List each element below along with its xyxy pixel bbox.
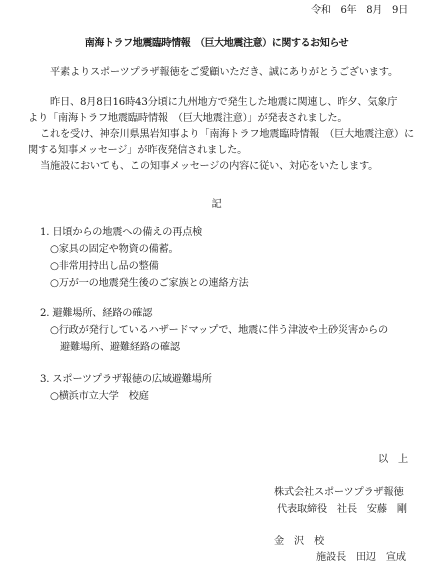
ki-heading: 記 <box>0 198 433 212</box>
list-item: ○行政が発行しているハザードマップで、地震に伴う津波や土砂災害からの <box>50 324 388 338</box>
signature-representative: 代表取締役 社長 安藤 剛 <box>277 503 407 517</box>
list-item: 避難場所、避難経路の確認 <box>60 341 180 355</box>
document-title: 南海トラフ地震臨時情報 （巨大地震注意）に関するお知らせ <box>0 37 433 51</box>
paragraph-line: より「南海トラフ地震臨時情報 （巨大地震注意）」が発表されました。 <box>28 112 347 126</box>
list-item: ○非常用持出し品の整備 <box>50 260 159 274</box>
signature-company: 株式会社スポーツプラザ報徳 <box>274 486 403 500</box>
section-heading: 1. 日頃からの地震への備えの再点検 <box>40 226 202 240</box>
paragraph-line: 当施設においても、この知事メッセージの内容に従い、対応をいたします。 <box>40 160 378 174</box>
signature-branch: 金 沢 校 <box>274 535 324 549</box>
paragraph-line: 昨日、8月8日16時43分頃に九州地方で発生した地震に関連し、昨夕、気象庁 <box>50 96 397 110</box>
paragraph-line: これを受け、神奈川県黒岩知事より「南海トラフ地震臨時情報 （巨大地震注意）に <box>40 128 414 142</box>
section-heading: 2. 避難場所、経路の確認 <box>40 307 152 321</box>
signature-manager: 施設長 田辺 宣成 <box>316 551 406 565</box>
list-item: ○横浜市立大学 校庭 <box>50 390 149 404</box>
document-date: 令和 6年 8月 9日 <box>311 4 408 18</box>
closing-text: 以 上 <box>378 453 408 467</box>
list-item: ○万が一の地震発生後のご家族との連絡方法 <box>50 277 248 291</box>
paragraph-line: 関する知事メッセージ」が昨夜発信されました。 <box>28 144 247 158</box>
list-item: ○家具の固定や物資の備蓄。 <box>50 243 179 257</box>
paragraph-greeting: 平素よりスポーツプラザ報徳をご愛顧いただき、誠にありがとうございます。 <box>50 66 398 80</box>
section-heading: 3. スポーツプラザ報徳の広域避難場所 <box>40 373 212 387</box>
